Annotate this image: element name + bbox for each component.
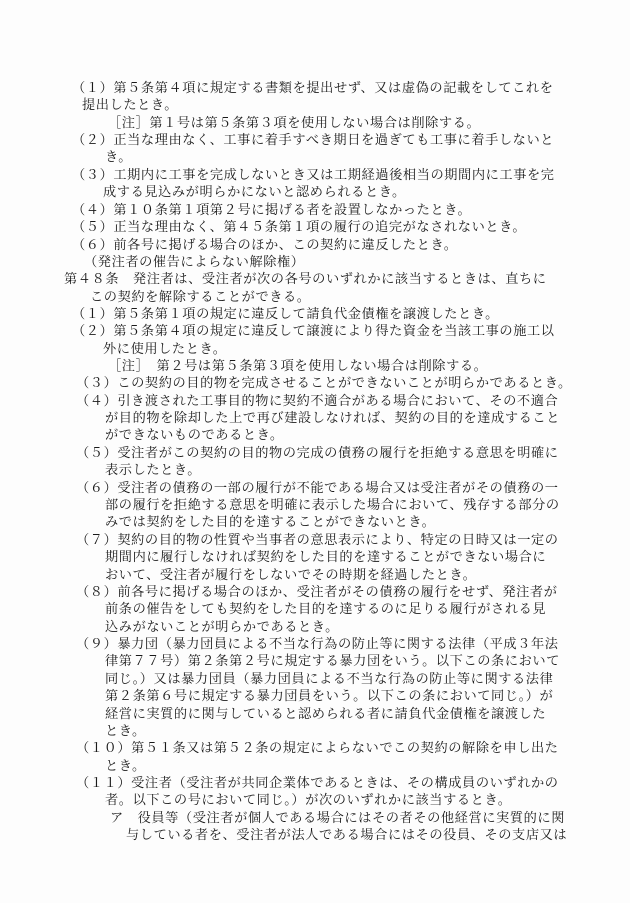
- text-line: ［注］第１号は第５条第３項を使用しない場合は削除する。: [108, 115, 480, 132]
- text-line: この契約を解除することができる。: [90, 289, 311, 306]
- text-line: （４）第１０条第１項第２号に掲げる者を設置しなかったとき。: [72, 202, 471, 219]
- text-line: が目的物を除却した上で再び建設しなければ、契約の目的を達成すること: [105, 410, 560, 427]
- text-line: ア 役員等（受注者が個人である場合にはその者その他経営に実質的に関: [110, 810, 565, 827]
- text-line: 外に使用したとき。: [103, 341, 227, 358]
- text-line: （２）第５条第４項の規定に違反して譲渡により得た資金を当該工事の施工以: [72, 323, 555, 340]
- text-line: 込みがないことが明らかであるとき。: [105, 619, 339, 636]
- text-line: （３）この契約の目的物を完成させることができないことが明らかであるとき。: [76, 375, 572, 392]
- text-line: 同じ。）又は暴力団員（暴力団員による不当な行為の防止等に関する法律: [105, 671, 553, 688]
- text-line: 第２条第６号に規定する暴力団員をいう。以下この条において同じ。）が: [105, 688, 553, 705]
- text-line: （１）第５条第４項に規定する書類を提出せず、又は虚偽の記載をしてこれを: [72, 80, 554, 97]
- text-line: （１１）受注者（受注者が共同企業体であるときは、その構成員のいずれかの: [76, 775, 559, 792]
- text-line: 者。以下この号において同じ。）が次のいずれかに該当するとき。: [105, 792, 512, 809]
- text-line: （１）第５条第１項の規定に違反して請負代金債権を譲渡したとき。: [72, 306, 499, 323]
- text-line: （５）正当な理由なく、第４５条第１項の履行の追完がなされないとき。: [72, 219, 526, 236]
- text-line: とき。: [105, 758, 146, 775]
- text-line: ができないものであるとき。: [105, 427, 284, 444]
- text-line: （６）受注者の債務の一部の履行が不能である場合又は受注者がその債務の一: [76, 480, 559, 497]
- text-line: ［注］ 第２号は第５条第３項を使用しない場合は削除する。: [108, 358, 487, 375]
- document-page: （１）第５条第４項に規定する書類を提出せず、又は虚偽の記載をしてこれを提出したと…: [0, 0, 630, 903]
- text-line: （７）契約の目的物の性質や当事者の意思表示により、特定の日時又は一定の: [76, 532, 559, 549]
- text-line: 表示したとき。: [105, 462, 201, 479]
- text-line: （５）受注者がこの契約の目的物の完成の債務の履行を拒絶する意思を明確に: [76, 445, 559, 462]
- text-line: （発注者の催告によらない解除権）: [84, 254, 305, 271]
- text-line: （２）正当な理由なく、工事に着手すべき期日を過ぎても工事に着手しないと: [72, 132, 554, 149]
- text-line: とき。: [105, 723, 146, 740]
- text-line: 第４８条 発注者は、受注者が次の各号のいずれかに該当するときは、直ちに: [64, 271, 547, 288]
- text-line: 成する見込みが明らかにないと認められるとき。: [103, 184, 406, 201]
- text-line: おいて、受注者が履行をしないでその時期を経過したとき。: [105, 567, 476, 584]
- text-line: 経営に実質的に関与していると認められる者に請負代金債権を譲渡した: [105, 706, 546, 723]
- text-line: （１０）第５１条又は第５２条の規定によらないでこの契約の解除を申し出た: [76, 740, 559, 757]
- text-line: （９）暴力団（暴力団員による不当な行為の防止等に関する法律（平成３年法: [76, 636, 559, 653]
- text-line: 期間内に履行しなければ契約をした目的を達することができない場合に: [105, 549, 546, 566]
- text-line: （３）工期内に工事を完成しないとき又は工期経過後相当の期間内に工事を完: [72, 167, 555, 184]
- text-line: （６）前各号に掲げる場合のほか、この契約に違反したとき。: [72, 237, 458, 254]
- text-line: （４）引き渡された工事目的物に契約不適合がある場合において、その不適合: [76, 393, 558, 410]
- text-line: 律第７７号）第２条第２号に規定する暴力団をいう。以下この条において: [105, 653, 560, 670]
- text-line: 前条の催告をしても契約をした目的を達するのに足りる履行がされる見: [105, 601, 546, 618]
- text-line: 提出したとき。: [82, 97, 178, 114]
- text-line: き。: [105, 149, 132, 166]
- text-line: 与している者を、受注者が法人である場合にはその役員、その支店又は: [126, 827, 567, 844]
- text-line: みでは契約をした目的を達することができないとき。: [105, 514, 435, 531]
- text-line: （８）前各号に掲げる場合のほか、受注者がその債務の履行をせず、発注者が: [76, 584, 558, 601]
- text-line: 部の履行を拒絶する意思を明確に表示した場合において、残存する部分の: [105, 497, 560, 514]
